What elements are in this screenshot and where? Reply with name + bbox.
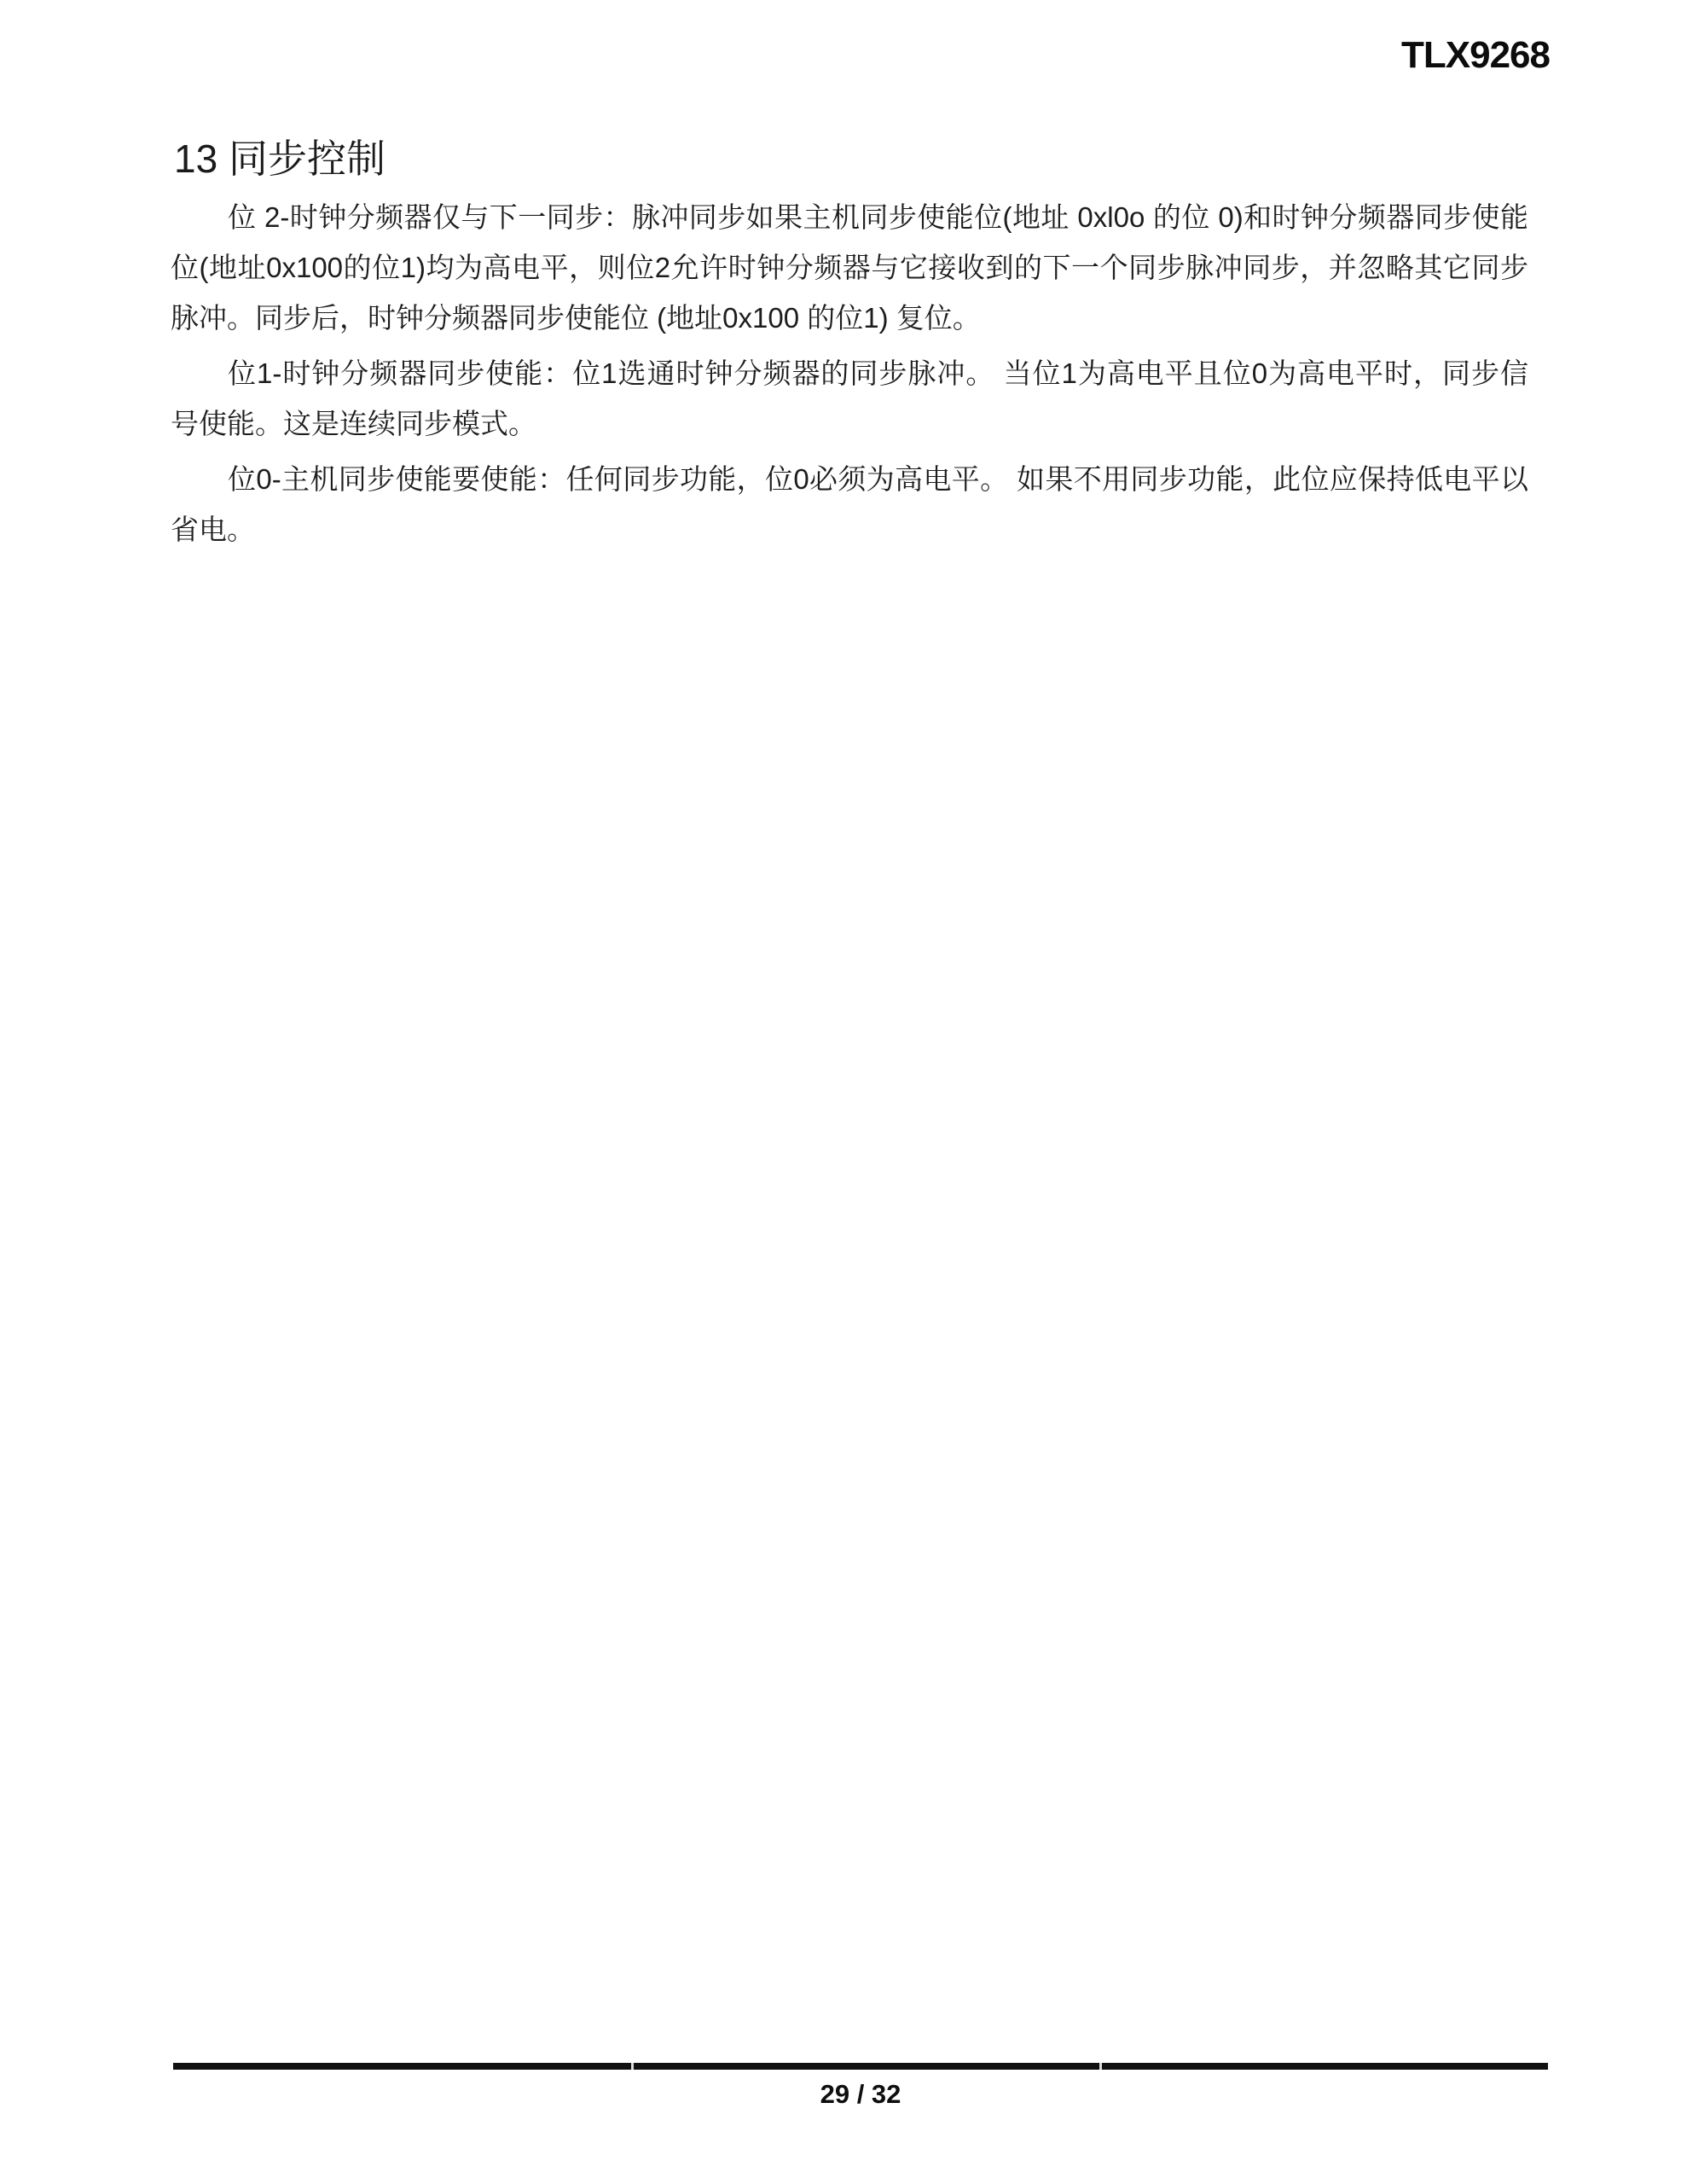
text-line: 号使能。这是连续同步模式。 [171, 398, 1528, 449]
divider-notch [1099, 2063, 1102, 2070]
paragraph-bit1: 位1-时钟分频器同步使能：位1选通时钟分频器的同步脉冲。 当位1为高电平且位0为… [171, 348, 1528, 449]
section-heading: 13 同步控制 [174, 128, 386, 184]
text-line: 脉冲。同步后，时钟分频器同步使能位 (地址0x100 的位1) 复位。 [171, 293, 1528, 343]
paragraph-bit2: 位 2-时钟分频器仅与下一同步：脉冲同步如果主机同步使能位(地址 0xl0o 的… [171, 192, 1528, 343]
text-line: 位(地址0x100的位1)均为高电平，则位2允许时钟分频器与它接收到的下一个同步… [171, 242, 1528, 293]
divider-notch [631, 2063, 634, 2070]
product-code-label: TLX9268 [1401, 34, 1550, 77]
page-number: 29 / 32 [173, 2079, 1548, 2110]
text-line: 省电。 [171, 504, 1528, 555]
document-page: TLX9268 13 同步控制 位 2-时钟分频器仅与下一同步：脉冲同步如果主机… [0, 0, 1687, 2184]
text-line: 位0-主机同步使能要使能：任何同步功能，位0必须为高电平。 如果不用同步功能，此… [171, 454, 1528, 504]
body-text: 位 2-时钟分频器仅与下一同步：脉冲同步如果主机同步使能位(地址 0xl0o 的… [171, 192, 1528, 560]
text-line: 位 2-时钟分频器仅与下一同步：脉冲同步如果主机同步使能位(地址 0xl0o 的… [171, 192, 1528, 242]
text-line: 位1-时钟分频器同步使能：位1选通时钟分频器的同步脉冲。 当位1为高电平且位0为… [171, 348, 1528, 398]
footer-divider [173, 2063, 1548, 2070]
paragraph-bit0: 位0-主机同步使能要使能：任何同步功能，位0必须为高电平。 如果不用同步功能，此… [171, 454, 1528, 555]
